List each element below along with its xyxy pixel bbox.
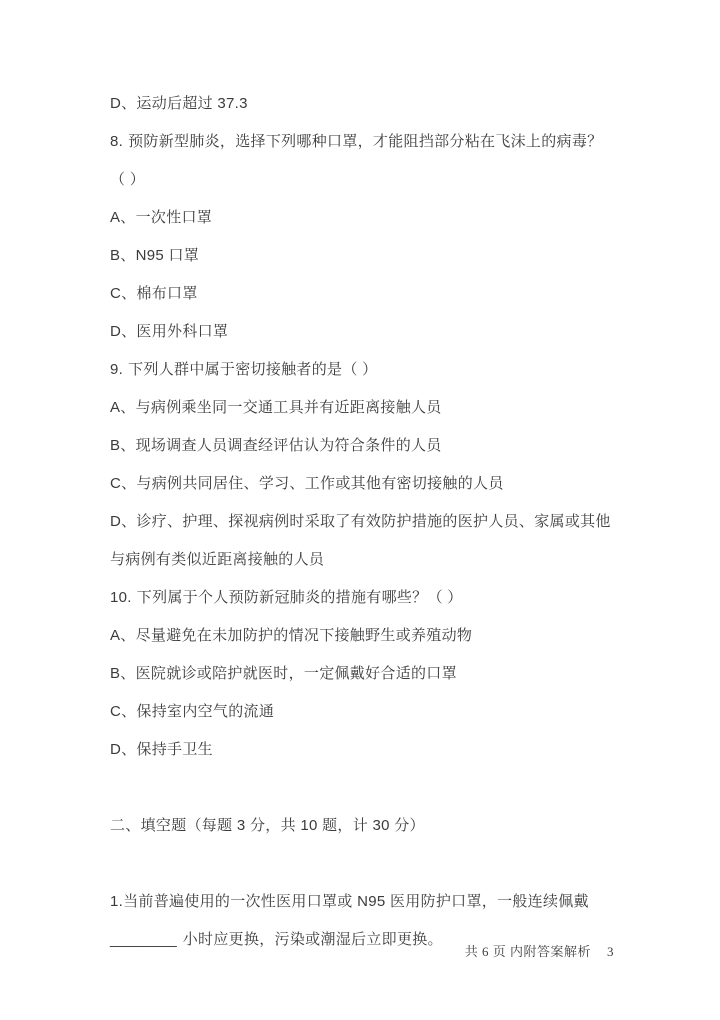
document-page: D、运动后超过 37.3 8.预防新型肺炎，选择下列哪种口罩，才能阻挡部分粘在飞…: [0, 0, 720, 1020]
question-8-option-d: D、医用外科口罩: [110, 313, 615, 351]
question-9-option-a: A、与病例乘坐同一交通工具并有近距离接触人员: [110, 389, 615, 427]
footer-page-number: 3: [607, 944, 614, 959]
fill-question-1-text-after-blank: 小时应更换，污染或潮湿后立即更换。: [183, 931, 443, 948]
question-8-option-c: C、棉布口罩: [110, 275, 615, 313]
question-8-text: 预防新型肺炎，选择下列哪种口罩，才能阻挡部分粘在飞沫上的病毒？（ ）: [110, 133, 602, 188]
document-content: D、运动后超过 37.3 8.预防新型肺炎，选择下列哪种口罩，才能阻挡部分粘在飞…: [110, 85, 615, 959]
question-9-text: 下列人群中属于密切接触者的是（ ）: [128, 361, 377, 378]
question-8-option-b: B、N95 口罩: [110, 237, 615, 275]
fill-question-1-text-before-blank: 1.当前普遍使用的一次性医用口罩或 N95 医用防护口罩，一般连续佩戴: [110, 893, 589, 910]
question-9-option-d: D、诊疗、护理、探视病例时采取了有效防护措施的医护人员、家属或其他与病例有类似近…: [110, 503, 615, 579]
question-9-number: 9.: [110, 361, 123, 378]
question-10: 10.下列属于个人预防新冠肺炎的措施有哪些？（ ）: [110, 579, 615, 617]
question-9-option-b: B、现场调查人员调查经评估认为符合条件的人员: [110, 427, 615, 465]
question-10-option-c: C、保持室内空气的流通: [110, 693, 615, 731]
question-8-number: 8.: [110, 133, 123, 150]
question-10-option-a: A、尽量避免在未加防护的情况下接触野生或养殖动物: [110, 617, 615, 655]
question-8: 8.预防新型肺炎，选择下列哪种口罩，才能阻挡部分粘在飞沫上的病毒？（ ）: [110, 123, 615, 199]
question-9: 9.下列人群中属于密切接触者的是（ ）: [110, 351, 615, 389]
question-9-option-c: C、与病例共同居住、学习、工作或其他有密切接触的人员: [110, 465, 615, 503]
question-10-text: 下列属于个人预防新冠肺炎的措施有哪些？（ ）: [137, 589, 463, 606]
fill-blank: ________: [110, 931, 177, 948]
footer-info: 共 6 页 内附答案解析: [465, 944, 591, 959]
page-footer: 共 6 页 内附答案解析3: [465, 941, 614, 960]
question-10-number: 10.: [110, 589, 132, 606]
question-10-option-d: D、保持手卫生: [110, 731, 615, 769]
question-10-option-b: B、医院就诊或陪护就医时，一定佩戴好合适的口罩: [110, 655, 615, 693]
section-2-heading: 二、填空题（每题 3 分，共 10 题，计 30 分）: [110, 807, 615, 845]
question-8-option-a: A、一次性口罩: [110, 199, 615, 237]
question-7-option-d: D、运动后超过 37.3: [110, 85, 615, 123]
